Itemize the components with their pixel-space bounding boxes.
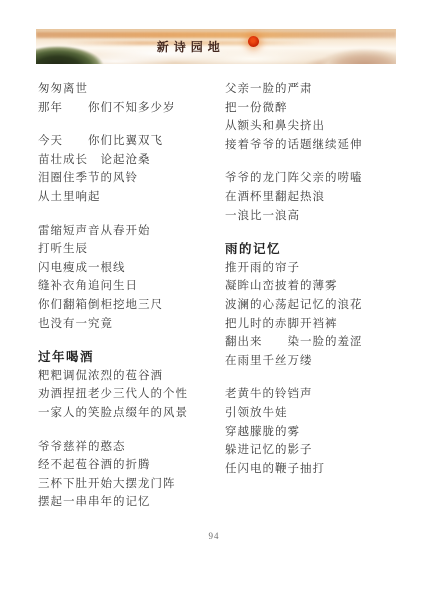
stanza: 粑粑调侃浓烈的苞谷酒 劝酒捏扭老少三代人的个性 一家人的笑脸点缀年的风景 [38, 367, 225, 423]
stanza: 今天 你们比翼双飞 苗壮成长 论起沧桑 泪圈住季节的风铃 从土里响起 [38, 132, 225, 206]
poem-line: 把儿时的赤脚开裆裤 [225, 315, 398, 334]
poem-line: 老黄牛的铃铛声 [225, 385, 398, 404]
poem-line: 打听生辰 [38, 240, 225, 259]
poem-title: 过年喝酒 [38, 348, 225, 367]
poem-line: 一家人的笑脸点缀年的风景 [38, 404, 225, 423]
poem-line: 翻出来 染一脸的羞涩 [225, 333, 398, 352]
poem-line: 一浪比一浪高 [225, 207, 398, 226]
poem-line: 波澜的心荡起记忆的浪花 [225, 296, 398, 315]
right-column: 父亲一脸的严肃 把一份微醉 从额头和鼻尖挤出 接着爷爷的话题继续延伸 爷爷的龙门… [225, 80, 398, 527]
stanza: 匆匆离世 那年 你们不知多少岁 [38, 80, 225, 117]
poem-line: 也没有一究竟 [38, 315, 225, 334]
header-banner-painting: 新诗园地 [36, 29, 396, 64]
poem-line: 从额头和鼻尖挤出 [225, 117, 398, 136]
poem-line: 爷爷慈祥的憨态 [38, 438, 225, 457]
stanza: 推开雨的帘子 凝眸山峦披着的薄雾 波澜的心荡起记忆的浪花 把儿时的赤脚开裆裤 翻… [225, 259, 398, 371]
poem-line: 在酒杯里翻起热浪 [225, 188, 398, 207]
poem-line: 苗壮成长 论起沧桑 [38, 151, 225, 170]
poem-line: 雷缩短声音从春开始 [38, 222, 225, 241]
poem-line: 劝酒捏扭老少三代人的个性 [38, 385, 225, 404]
poem-line: 接着爷爷的话题继续延伸 [225, 136, 398, 155]
poem-line: 在雨里千丝万缕 [225, 352, 398, 371]
poem-line: 躲进记忆的影子 [225, 441, 398, 460]
poem-title-block: 过年喝酒 [38, 348, 225, 367]
poem-line: 三杯下肚开始大摆龙门阵 [38, 475, 225, 494]
stanza: 父亲一脸的严肃 把一份微醉 从额头和鼻尖挤出 接着爷爷的话题继续延伸 [225, 80, 398, 154]
poem-title: 雨的记忆 [225, 240, 398, 259]
poem-line: 摆起一串串年的记忆 [38, 493, 225, 512]
poem-line: 那年 你们不知多少岁 [38, 99, 225, 118]
poem-line: 任闪电的鞭子抽打 [225, 460, 398, 479]
left-column: 匆匆离世 那年 你们不知多少岁 今天 你们比翼双飞 苗壮成长 论起沧桑 泪圈住季… [38, 80, 225, 527]
poem-line: 经不起苞谷酒的折腾 [38, 456, 225, 475]
poem-line: 引领放牛娃 [225, 404, 398, 423]
poem-line: 匆匆离世 [38, 80, 225, 99]
poem-line: 今天 你们比翼双飞 [38, 132, 225, 151]
poem-line: 泪圈住季节的风铃 [38, 169, 225, 188]
poem-content: 匆匆离世 那年 你们不知多少岁 今天 你们比翼双飞 苗壮成长 论起沧桑 泪圈住季… [38, 80, 398, 527]
banner-title: 新诗园地 [36, 38, 346, 55]
poem-title-block: 雨的记忆 [225, 240, 398, 259]
poem-line: 爷爷的龙门阵父亲的唠嗑 [225, 169, 398, 188]
poem-line: 闪电瘦成一根线 [38, 259, 225, 278]
stanza: 爷爷慈祥的憨态 经不起苞谷酒的折腾 三杯下肚开始大摆龙门阵 摆起一串串年的记忆 [38, 438, 225, 512]
poem-line: 穿越朦胧的雾 [225, 423, 398, 442]
poem-line: 推开雨的帘子 [225, 259, 398, 278]
poem-line: 缝补衣角追问生日 [38, 277, 225, 296]
stanza: 爷爷的龙门阵父亲的唠嗑 在酒杯里翻起热浪 一浪比一浪高 [225, 169, 398, 225]
stanza: 雷缩短声音从春开始 打听生辰 闪电瘦成一根线 缝补衣角追问生日 你们翻箱倒柜挖地… [38, 222, 225, 334]
poem-line: 粑粑调侃浓烈的苞谷酒 [38, 367, 225, 386]
poem-line: 凝眸山峦披着的薄雾 [225, 277, 398, 296]
poem-line: 从土里响起 [38, 188, 225, 207]
poem-line: 父亲一脸的严肃 [225, 80, 398, 99]
poem-line: 你们翻箱倒柜挖地三尺 [38, 296, 225, 315]
page-number: 94 [0, 531, 428, 541]
stanza: 老黄牛的铃铛声 引领放牛娃 穿越朦胧的雾 躲进记忆的影子 任闪电的鞭子抽打 [225, 385, 398, 478]
poem-line: 把一份微醉 [225, 99, 398, 118]
